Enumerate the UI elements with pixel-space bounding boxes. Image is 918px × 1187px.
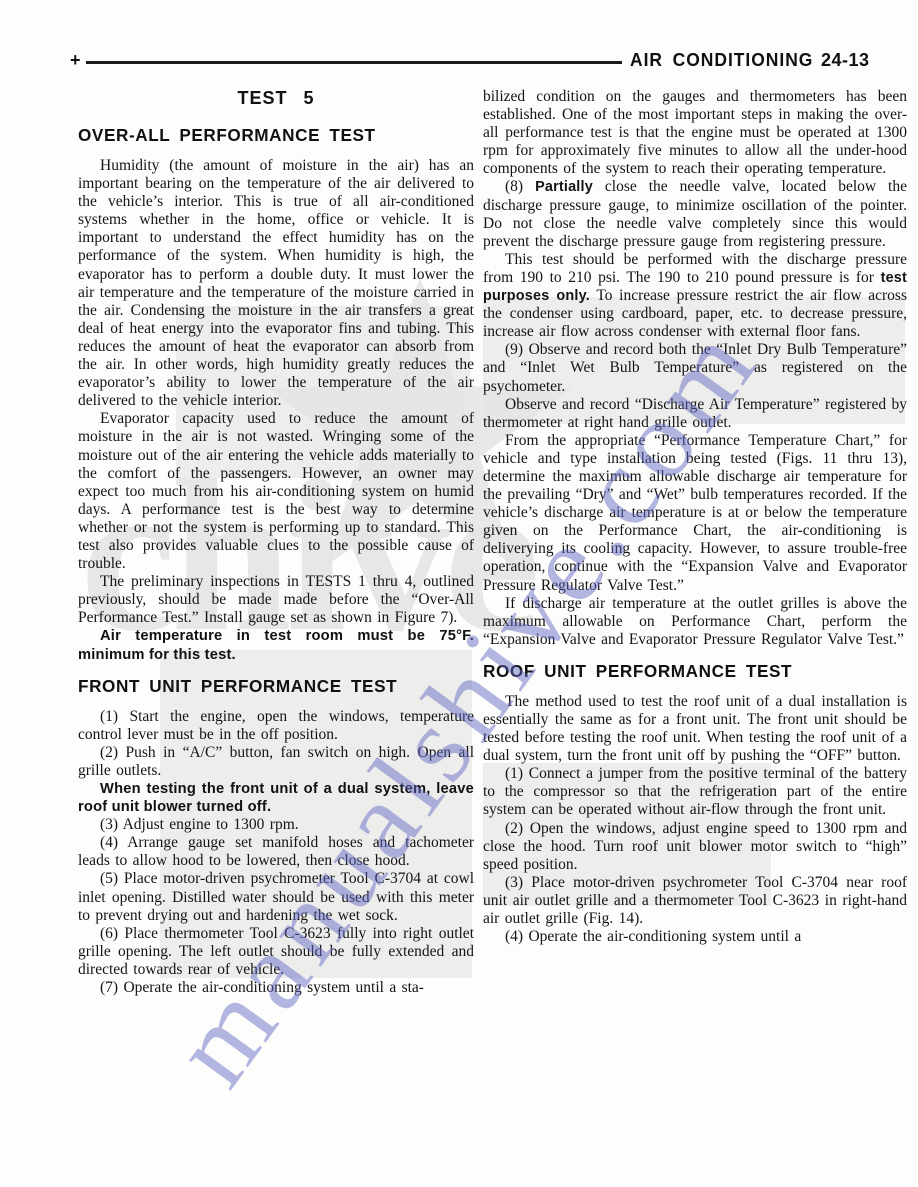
text-segment: (3) Place motor-driven psychrometer Tool… xyxy=(483,874,907,927)
text-segment: (4) Operate the air-conditioning system … xyxy=(505,928,801,945)
text-segment: ROOF UNIT PERFORMANCE TEST xyxy=(483,661,792,681)
para-observe-discharge: Observe and record “Discharge Air Temper… xyxy=(483,396,907,432)
step-front-6: (6) Place thermometer Tool C-3623 fully … xyxy=(78,925,474,979)
para-preliminary: The preliminary inspections in TESTS 1 t… xyxy=(78,573,474,627)
para-stabilized-continuation: bilized condition on the gauges and ther… xyxy=(483,88,907,178)
text-segment: When testing the front unit of a dual sy… xyxy=(78,781,474,815)
text-segment: (6) Place thermometer Tool C-3623 fully … xyxy=(78,925,474,978)
step-front-3: (3) Adjust engine to 1300 rpm. xyxy=(78,816,474,834)
text-segment: Evaporator capacity used to reduce the a… xyxy=(78,410,474,572)
text-segment: This test should be performed with the d… xyxy=(483,251,907,286)
text-segment: (5) Place motor-driven psychrometer Tool… xyxy=(78,870,474,923)
step-front-8: (8) Partially close the needle valve, lo… xyxy=(483,178,907,250)
header-rule xyxy=(86,61,622,64)
registration-plus-mark: + xyxy=(70,50,81,71)
text-segment: (8) xyxy=(505,178,535,195)
text-segment: Humidity (the amount of moisture in the … xyxy=(78,157,474,409)
section-heading-overall: OVER-ALL PERFORMANCE TEST xyxy=(78,125,466,146)
text-segment: (3) Adjust engine to 1300 rpm. xyxy=(100,816,299,833)
text-segment: If discharge air temperature at the outl… xyxy=(483,595,907,648)
step-front-1: (1) Start the engine, open the windows, … xyxy=(78,708,474,744)
text-segment: The preliminary inspections in TESTS 1 t… xyxy=(78,573,474,626)
manual-page: chive + AIR CONDITIONING 24-13 TEST 5OVE… xyxy=(0,0,918,1187)
para-above-maximum: If discharge air temperature at the outl… xyxy=(483,595,907,649)
right-column: bilized condition on the gauges and ther… xyxy=(483,88,907,946)
text-segment: TEST 5 xyxy=(237,88,314,108)
text-segment: (7) Operate the air-conditioning system … xyxy=(100,979,424,996)
step-front-7: (7) Operate the air-conditioning system … xyxy=(78,979,474,997)
note-dual-system: When testing the front unit of a dual sy… xyxy=(78,780,474,816)
page-number: 24-13 xyxy=(821,50,870,71)
section-heading-roof-unit: ROOF UNIT PERFORMANCE TEST xyxy=(483,661,899,682)
text-segment: (1) Connect a jumper from the positive t… xyxy=(483,765,907,818)
step-front-5: (5) Place motor-driven psychrometer Tool… xyxy=(78,870,474,924)
text-segment: The method used to test the roof unit of… xyxy=(483,693,907,764)
step-front-9: (9) Observe and record both the “Inlet D… xyxy=(483,341,907,395)
step-roof-1: (1) Connect a jumper from the positive t… xyxy=(483,765,907,819)
para-humidity: Humidity (the amount of moisture in the … xyxy=(78,157,474,410)
text-segment: (9) Observe and record both the “Inlet D… xyxy=(483,341,907,394)
text-segment: Air temperature in test room must be 75°… xyxy=(78,628,474,662)
note-room-temperature: Air temperature in test room must be 75°… xyxy=(78,627,474,663)
step-front-4: (4) Arrange gauge set manifold hoses and… xyxy=(78,834,474,870)
para-discharge-pressure: This test should be performed with the d… xyxy=(483,251,907,341)
step-front-2: (2) Push in “A/C” button, fan switch on … xyxy=(78,744,474,780)
bold-emphasis: Partially xyxy=(535,179,593,195)
step-roof-2: (2) Open the windows, adjust engine spee… xyxy=(483,820,907,874)
text-segment: (2) Push in “A/C” button, fan switch on … xyxy=(78,744,474,779)
text-segment: OVER-ALL PERFORMANCE TEST xyxy=(78,125,376,145)
text-segment: (1) Start the engine, open the windows, … xyxy=(78,708,474,743)
text-segment: (2) Open the windows, adjust engine spee… xyxy=(483,820,907,873)
para-performance-chart: From the appropriate “Performance Temper… xyxy=(483,432,907,595)
test-number-heading: TEST 5 xyxy=(78,88,474,109)
section-heading-front-unit: FRONT UNIT PERFORMANCE TEST xyxy=(78,676,466,697)
text-segment: (4) Arrange gauge set manifold hoses and… xyxy=(78,834,474,869)
page-header-title: AIR CONDITIONING xyxy=(630,50,813,71)
para-evaporator-capacity: Evaporator capacity used to reduce the a… xyxy=(78,410,474,573)
para-roof-method: The method used to test the roof unit of… xyxy=(483,693,907,765)
text-segment: Observe and record “Discharge Air Temper… xyxy=(483,396,907,431)
text-segment: From the appropriate “Performance Temper… xyxy=(483,432,907,594)
step-roof-4: (4) Operate the air-conditioning system … xyxy=(483,928,907,946)
text-segment: bilized condition on the gauges and ther… xyxy=(483,88,907,177)
step-roof-3: (3) Place motor-driven psychrometer Tool… xyxy=(483,874,907,928)
text-segment: FRONT UNIT PERFORMANCE TEST xyxy=(78,676,397,696)
left-column: TEST 5OVER-ALL PERFORMANCE TESTHumidity … xyxy=(78,88,474,997)
